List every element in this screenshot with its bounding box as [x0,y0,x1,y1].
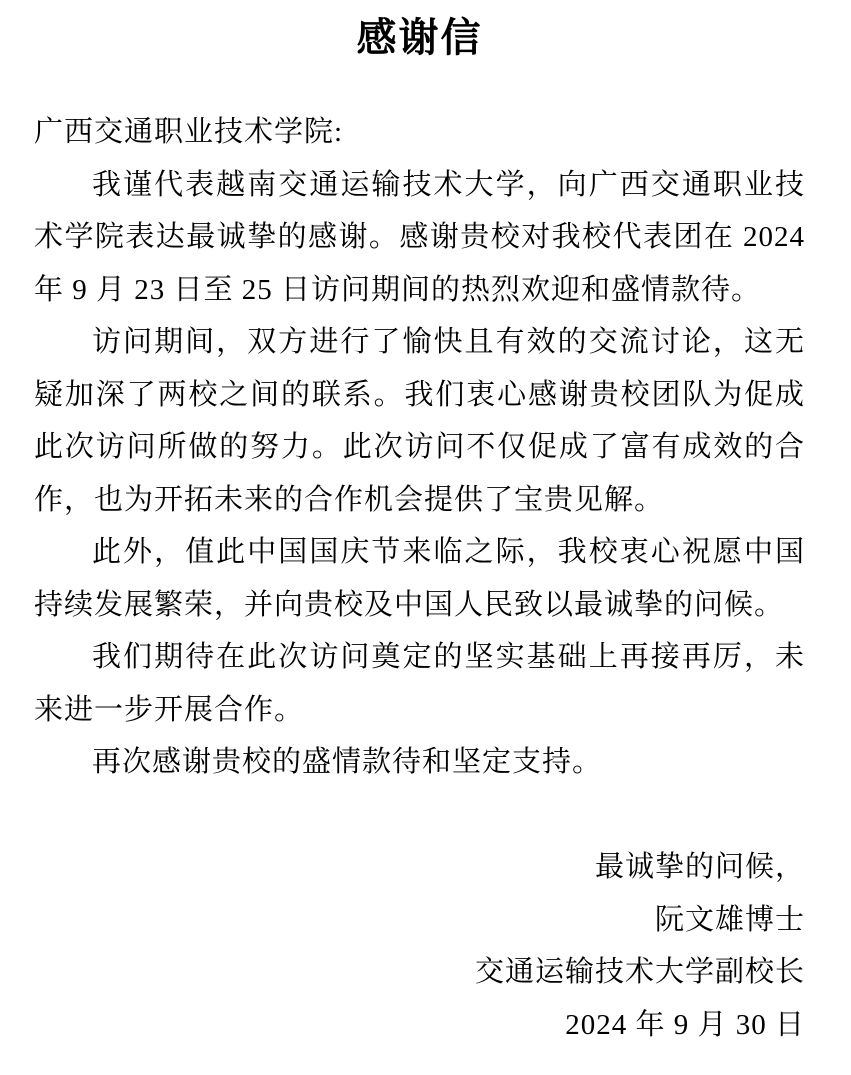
signoff-block: 最诚挚的问候， 阮文雄博士 交通运输技术大学副校长 2024 年 9 月 30 … [34,841,805,1051]
signoff-closing: 最诚挚的问候， [34,841,805,894]
signoff-signer-title: 交通运输技术大学副校长 [34,946,805,999]
body-paragraph: 访问期间，双方进行了愉快且有效的交流讨论，这无疑加深了两校之间的联系。我们衷心感… [34,316,805,526]
body-paragraph: 再次感谢贵校的盛情款待和坚定支持。 [34,736,805,789]
letter-body: 广西交通职业技术学院: 我谨代表越南交通运输技术大学，向广西交通职业技术学院表达… [34,106,805,789]
signoff-signer-name: 阮文雄博士 [34,894,805,947]
body-paragraph: 此外，值此中国国庆节来临之际，我校衷心祝愿中国持续发展繁荣，并向贵校及中国人民致… [34,526,805,631]
letter-page: 感谢信 广西交通职业技术学院: 我谨代表越南交通运输技术大学，向广西交通职业技术… [0,0,851,1075]
body-paragraph: 我们期待在此次访问奠定的坚实基础上再接再厉，未来进一步开展合作。 [34,631,805,736]
salutation: 广西交通职业技术学院: [34,106,805,159]
letter-title: 感谢信 [34,14,805,62]
signoff-date: 2024 年 9 月 30 日 [34,999,805,1052]
body-paragraph: 我谨代表越南交通运输技术大学，向广西交通职业技术学院表达最诚挚的感谢。感谢贵校对… [34,159,805,317]
